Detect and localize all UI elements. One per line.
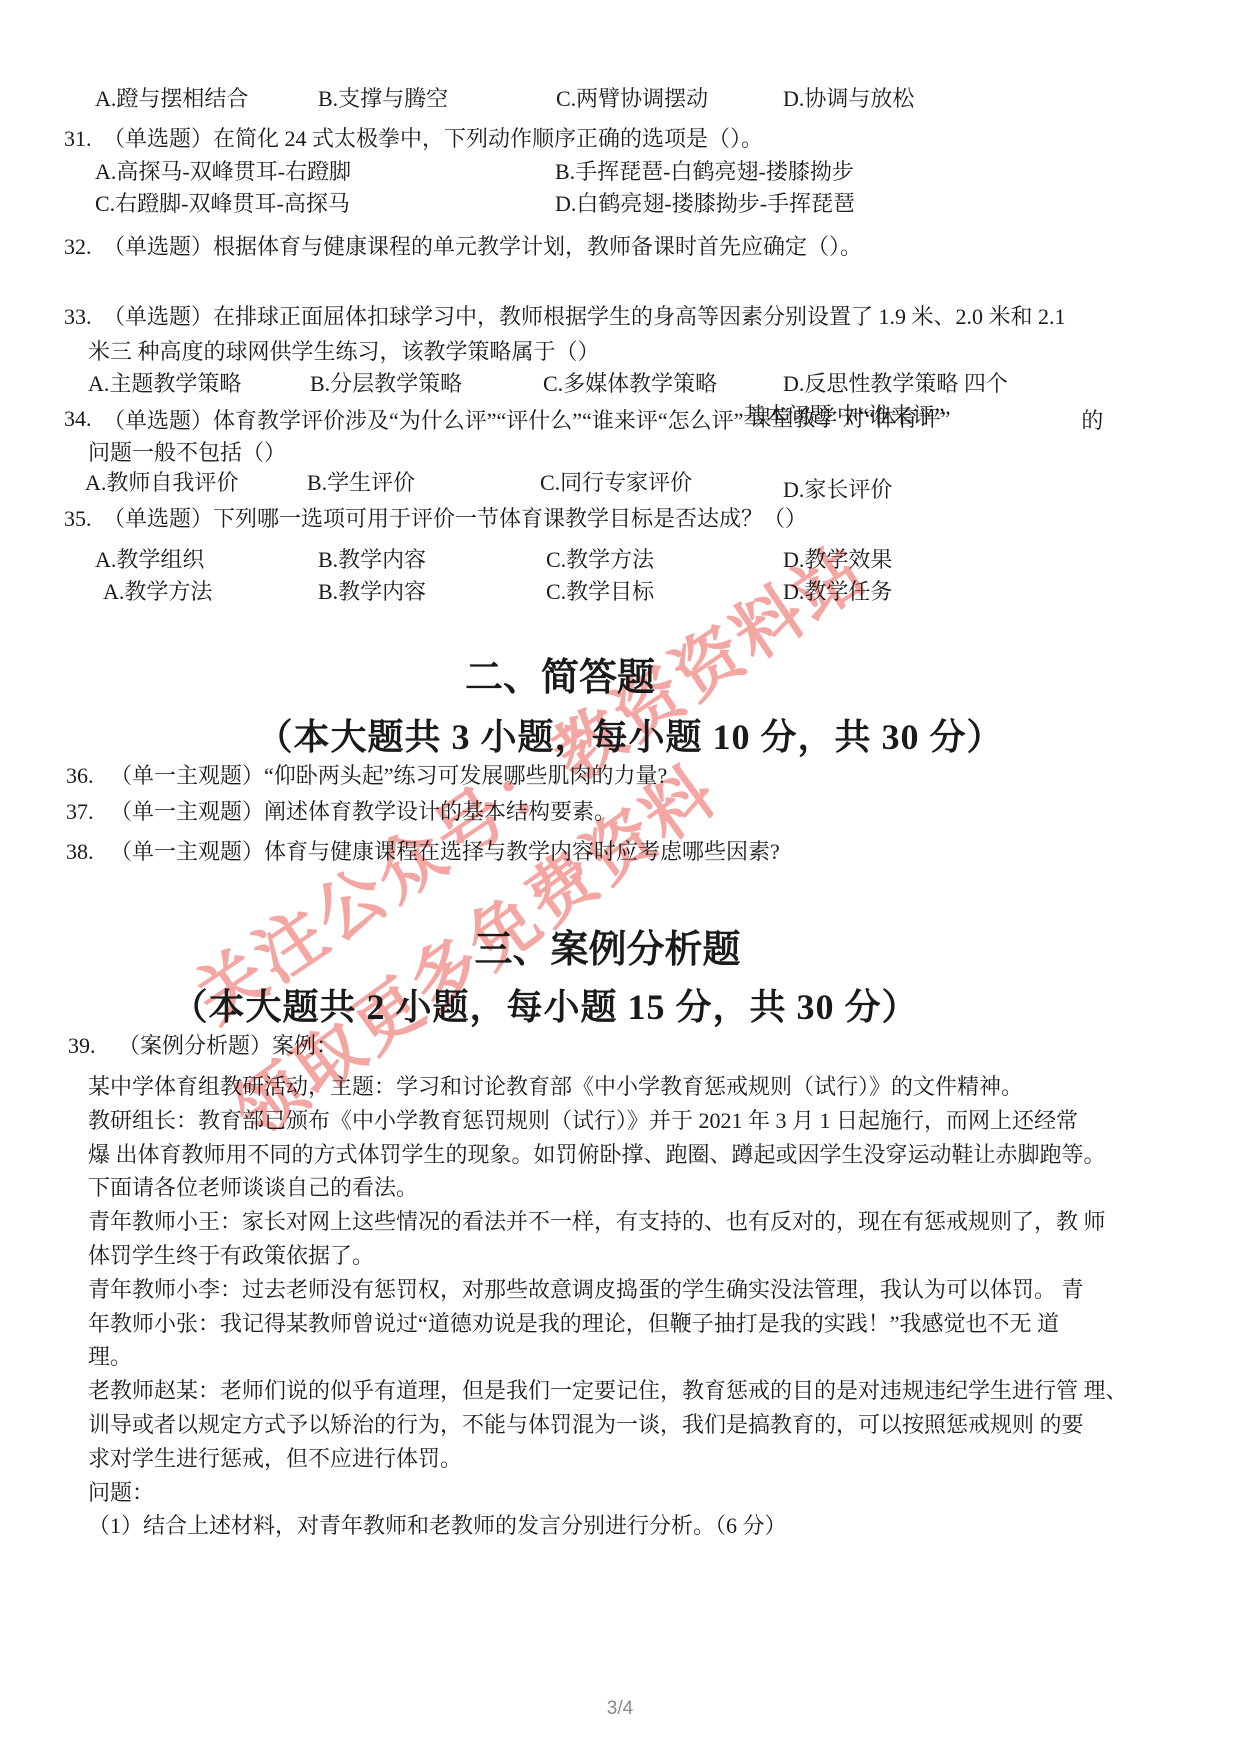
option-a: A.蹬与摆相结合 [95, 86, 248, 112]
question-34-options-row: A.教师自我评价 B.学生评价 C.同行专家评价 D.家长评价 [0, 470, 1240, 496]
option-d: D.反思性教学策略 四个 [783, 371, 1008, 397]
case-line: 体罚学生终于有政策依据了。 [88, 1239, 1168, 1273]
question-text-continued: 问题一般不包括（） [88, 440, 286, 466]
option-c: C.右蹬脚-双峰贯耳-高探马 [95, 191, 350, 217]
question-number: 31. [64, 126, 92, 152]
question-text: （单一主观题）“仰卧两头起”练习可发展哪些肌肉的力量? [110, 763, 667, 789]
case-line: 训导或者以规定方式予以矫治的行为，不能与体罚混为一谈，我们是搞教育的，可以按照惩… [88, 1408, 1168, 1442]
question-31-options-cd: C.右蹬脚-双峰贯耳-高探马 D.白鹤亮翅-搂膝拗步-手挥琵琶 [0, 191, 1240, 217]
question-32: 32. （单选题）根据体育与健康课程的单元教学计划，教师备课时首先应确定（）。 [0, 234, 1240, 260]
case-line: （1）结合上述材料，对青年教师和老教师的发言分别进行分析。（6 分） [88, 1509, 1168, 1543]
option-c: C.多媒体教学策略 [543, 371, 717, 397]
question-number: 34. [64, 406, 92, 432]
question-36: 36. （单一主观题）“仰卧两头起”练习可发展哪些肌肉的力量? [0, 763, 1240, 789]
question-text: （单选题）在排球正面屈体扣球学习中，教师根据学生的身高等因素分别设置了 1.9 … [103, 304, 1066, 330]
case-line: 问题： [88, 1476, 1168, 1510]
exam-page: 关注公众号：教资资料站 领取更多免费资料 A.蹬与摆相结合 B.支撑与腾空 C.… [0, 0, 1240, 1754]
option-d: D.白鹤亮翅-搂膝拗步-手挥琵琶 [555, 191, 855, 217]
case-line: 理。 [88, 1340, 1168, 1374]
section-3-subtitle: （本大题共 2 小题，每小题 15 分，共 30 分） [0, 986, 1090, 1028]
question-number: 37. [66, 799, 94, 825]
question-number: 39. [68, 1033, 96, 1059]
question-31-options-ab: A.高探马-双峰贯耳-右蹬脚 B.手挥琵琶-白鹤亮翅-搂膝拗步 [0, 159, 1240, 185]
case-line: 青年教师小王：家长对网上这些情况的看法并不一样，有支持的、也有反对的，现在有惩戒… [88, 1205, 1168, 1239]
section-2-title: 二、简答题 [0, 656, 1120, 700]
question-number: 36. [66, 763, 94, 789]
option-c: C.同行专家评价 [540, 470, 692, 496]
question-text: （单选题）根据体育与健康课程的单元教学计划，教师备课时首先应确定（）。 [103, 234, 862, 260]
case-line: 某中学体育组教研活动，主题：学习和讨论教育部《中小学教育惩戒规则（试行）》的文件… [88, 1070, 1168, 1104]
option-b: B.分层教学策略 [310, 371, 462, 397]
question-text: （单选题）体育教学评价涉及“为什么评”“评什么”“谁来评“怎么评”基本问题 中“… [103, 406, 1103, 434]
question-text: （案例分析题）案例： [118, 1033, 338, 1059]
option-a: A.教师自我评价 [85, 470, 238, 496]
question-text: （单选题）在简化 24 式太极拳中，下列动作顺序正确的选项是（）。 [103, 126, 763, 152]
question-text-prefix: （单选题）体育教学评价涉及“为什么评”“评什么”“谁来评“怎么评” [103, 408, 743, 433]
option-d: D.协调与放松 [783, 86, 914, 112]
option-b: B.教学内容 [318, 579, 426, 605]
double-printed-fragment: 基本问题 中“谁来评”课堂教学 对“体育评” [743, 406, 1081, 428]
option-c: C.教学目标 [546, 579, 654, 605]
question-text-suffix: 的 [1081, 408, 1103, 433]
option-d: D.家长评价 [783, 477, 892, 503]
option-c: C.两臂协调摆动 [556, 86, 708, 112]
case-line: 爆 出体育教师用不同的方式体罚学生的现象。如罚俯卧撑、跑圈、蹲起或因学生没穿运动… [88, 1138, 1168, 1172]
question-34: 34. （单选题）体育教学评价涉及“为什么评”“评什么”“谁来评“怎么评”基本问… [0, 406, 1240, 432]
question-33-options-row: A.主题教学策略 B.分层教学策略 C.多媒体教学策略 D.反思性教学策略 四个 [0, 371, 1240, 397]
option-a: A.教学组织 [95, 547, 204, 573]
case-line: 青年教师小李：过去老师没有惩罚权，对那些故意调皮捣蛋的学生确实没法管理，我认为可… [88, 1273, 1168, 1307]
option-a: A.主题教学策略 [88, 371, 241, 397]
question-text: （单选题）下列哪一选项可用于评价一节体育课教学目标是否达成？（） [103, 506, 807, 532]
overlap-text-b: 课堂教学 对“体育评” [749, 406, 950, 432]
section-3-title: 三、案例分析题 [0, 928, 1215, 972]
case-line: 教研组长：教育部已颁布《中小学教育惩罚规则（试行）》并于 2021 年 3 月 … [88, 1104, 1168, 1138]
exam-content: A.蹬与摆相结合 B.支撑与腾空 C.两臂协调摆动 D.协调与放松 31. （单… [0, 0, 1240, 1754]
option-b: B.学生评价 [307, 470, 415, 496]
question-number: 35. [64, 506, 92, 532]
section-2-subtitle: （本大题共 3 小题，每小题 10 分，共 30 分） [20, 716, 1240, 758]
question-number: 32. [64, 234, 92, 260]
option-b: B.教学内容 [318, 547, 426, 573]
question-text-continued: 米三 种高度的球网供学生练习，该教学策略属于（） [88, 339, 600, 365]
question-35-options-row2: A.教学方法 B.教学内容 C.教学目标 D.教学任务 [0, 579, 1240, 605]
question-text: （单一主观题）阐述体育教学设计的基本结构要素。 [110, 799, 616, 825]
question-38: 38. （单一主观题）体育与健康课程在选择与教学内容时应考虑哪些因素? [0, 839, 1240, 865]
question-35: 35. （单选题）下列哪一选项可用于评价一节体育课教学目标是否达成？（） [0, 506, 1240, 532]
question-35-options-row1: A.教学组织 B.教学内容 C.教学方法 D.教学效果 [0, 547, 1240, 573]
case-line: 下面请各位老师谈谈自己的看法。 [88, 1171, 1168, 1205]
question-number: 33. [64, 304, 92, 330]
case-line: 求对学生进行惩戒，但不应进行体罚。 [88, 1442, 1168, 1476]
question-30-options-row: A.蹬与摆相结合 B.支撑与腾空 C.两臂协调摆动 D.协调与放松 [0, 86, 1240, 112]
case-study-text: 某中学体育组教研活动，主题：学习和讨论教育部《中小学教育惩戒规则（试行）》的文件… [88, 1070, 1168, 1543]
question-31: 31. （单选题）在简化 24 式太极拳中，下列动作顺序正确的选项是（）。 [0, 126, 1240, 152]
case-line: 年教师小张：我记得某教师曾说过“道德劝说是我的理论，但鞭子抽打是我的实践！”我感… [88, 1307, 1168, 1341]
question-39: 39. （案例分析题）案例： [0, 1033, 1240, 1059]
page-number: 3/4 [0, 1698, 1240, 1720]
option-a: A.高探马-双峰贯耳-右蹬脚 [95, 159, 351, 185]
option-c: C.教学方法 [546, 547, 654, 573]
question-33-line2: 米三 种高度的球网供学生练习，该教学策略属于（） [0, 339, 1240, 365]
question-37: 37. （单一主观题）阐述体育教学设计的基本结构要素。 [0, 799, 1240, 825]
question-33: 33. （单选题）在排球正面屈体扣球学习中，教师根据学生的身高等因素分别设置了 … [0, 304, 1240, 330]
option-d: D.教学任务 [783, 579, 892, 605]
option-b: B.支撑与腾空 [318, 86, 448, 112]
question-34-line2: 问题一般不包括（） [0, 440, 1240, 466]
option-a: A.教学方法 [103, 579, 212, 605]
option-b: B.手挥琵琶-白鹤亮翅-搂膝拗步 [555, 159, 854, 185]
option-d: D.教学效果 [783, 547, 892, 573]
question-number: 38. [66, 839, 94, 865]
question-text: （单一主观题）体育与健康课程在选择与教学内容时应考虑哪些因素? [110, 839, 780, 865]
case-line: 老教师赵某：老师们说的似乎有道理，但是我们一定要记住，教育惩戒的目的是对违规违纪… [88, 1374, 1168, 1408]
